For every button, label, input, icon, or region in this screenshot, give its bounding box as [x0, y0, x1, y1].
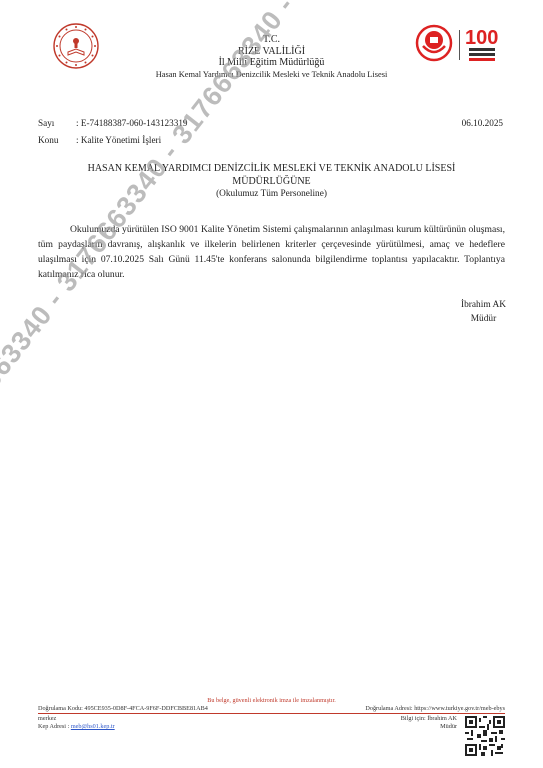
rize-aile-yili-icon — [415, 24, 453, 62]
header-school: Hasan Kemal Yardımcı Denizcilik Mesleki … — [0, 69, 543, 81]
logo-divider — [459, 30, 460, 60]
address-line: merkez — [38, 715, 115, 723]
addressee-line-2: MÜDÜRLÜĞÜNE — [0, 175, 543, 188]
document-date: 06.10.2025 — [462, 115, 503, 132]
qr-code-icon — [465, 716, 505, 756]
addressee-line-3: (Okulumuz Tüm Personeline) — [0, 188, 543, 201]
addressee-line-1: HASAN KEMAL YARDIMCI DENİZCİLİK MESLEKİ … — [0, 162, 543, 175]
info-title: Müdür — [401, 723, 457, 731]
verification-code: Doğrulama Kodu: 495CE935-0D8F-4FCA-9F6F-… — [38, 705, 208, 713]
header-governorship: RİZE VALİLİĞİ — [0, 46, 543, 58]
footer-divider — [38, 713, 505, 714]
document-page: T.C. RİZE VALİLİĞİ İl Millî Eğitim Müdür… — [0, 0, 543, 768]
addressee: HASAN KEMAL YARDIMCI DENİZCİLİK MESLEKİ … — [0, 162, 543, 201]
footer: Bu belge, güvenli elektronik imza ile im… — [38, 697, 505, 714]
e-signature-notice: Bu belge, güvenli elektronik imza ile im… — [38, 697, 505, 705]
100-yil-egitim-yuzyili-icon: 100 — [465, 24, 501, 64]
svg-text:100: 100 — [465, 27, 498, 49]
kep-label: Kep Adresi : — [38, 723, 71, 730]
verification-address[interactable]: Doğrulama Adresi: https://www.turkiye.go… — [365, 705, 505, 713]
signer-title: Müdür — [461, 312, 506, 326]
header-directorate: İl Millî Eğitim Müdürlüğü — [0, 57, 543, 69]
sayi-label: Sayı — [38, 115, 76, 132]
kep-link[interactable]: meb@hs01.kep.tr — [71, 723, 115, 730]
konu-value: : Kalite Yönetimi İşleri — [76, 132, 161, 149]
info-line: Bilgi için: İbrahim AK — [401, 715, 457, 723]
signature-block: İbrahim AK Müdür — [461, 298, 506, 326]
konu-label: Konu — [38, 132, 76, 149]
signer-name: İbrahim AK — [461, 298, 506, 312]
